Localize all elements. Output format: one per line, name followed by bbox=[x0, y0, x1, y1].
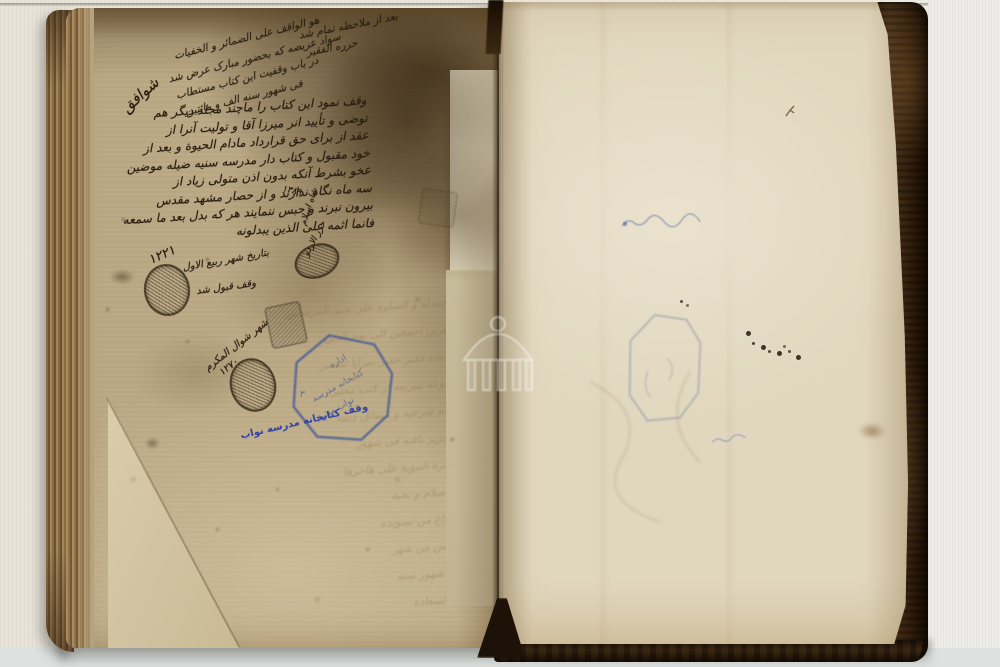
faint-square-seal bbox=[418, 188, 459, 229]
manuscript-photo: و اما بعد حمدله و الصلوة علی سید المرسلی… bbox=[0, 0, 1000, 667]
repair-patch-upper bbox=[450, 70, 498, 272]
right-page bbox=[500, 2, 908, 644]
small-ink-tick bbox=[784, 104, 796, 118]
page-edge-layers bbox=[66, 8, 94, 648]
waqf-note: وقف نمود این کتاب را ماچند مجلد دیگر هم … bbox=[150, 92, 374, 245]
date-line: وقف قبول شد bbox=[196, 278, 257, 297]
library-watermark-icon bbox=[446, 298, 550, 402]
octagon-stamp: اداره کتابخانه مدرسه نواب مشهد ٣ bbox=[283, 329, 400, 450]
left-page: و اما بعد حمدله و الصلوة علی سید المرسلی… bbox=[66, 8, 498, 648]
ink-spatter-dots bbox=[500, 2, 503, 5]
ghost-pencil-curves bbox=[570, 362, 750, 532]
black-seal-oval bbox=[290, 237, 345, 285]
table-surface-right bbox=[928, 0, 1000, 667]
brown-stain bbox=[858, 422, 886, 440]
faint-blue-scribble bbox=[617, 204, 705, 239]
date-line: بتاریخ شهر ربیع الاول bbox=[182, 247, 270, 273]
